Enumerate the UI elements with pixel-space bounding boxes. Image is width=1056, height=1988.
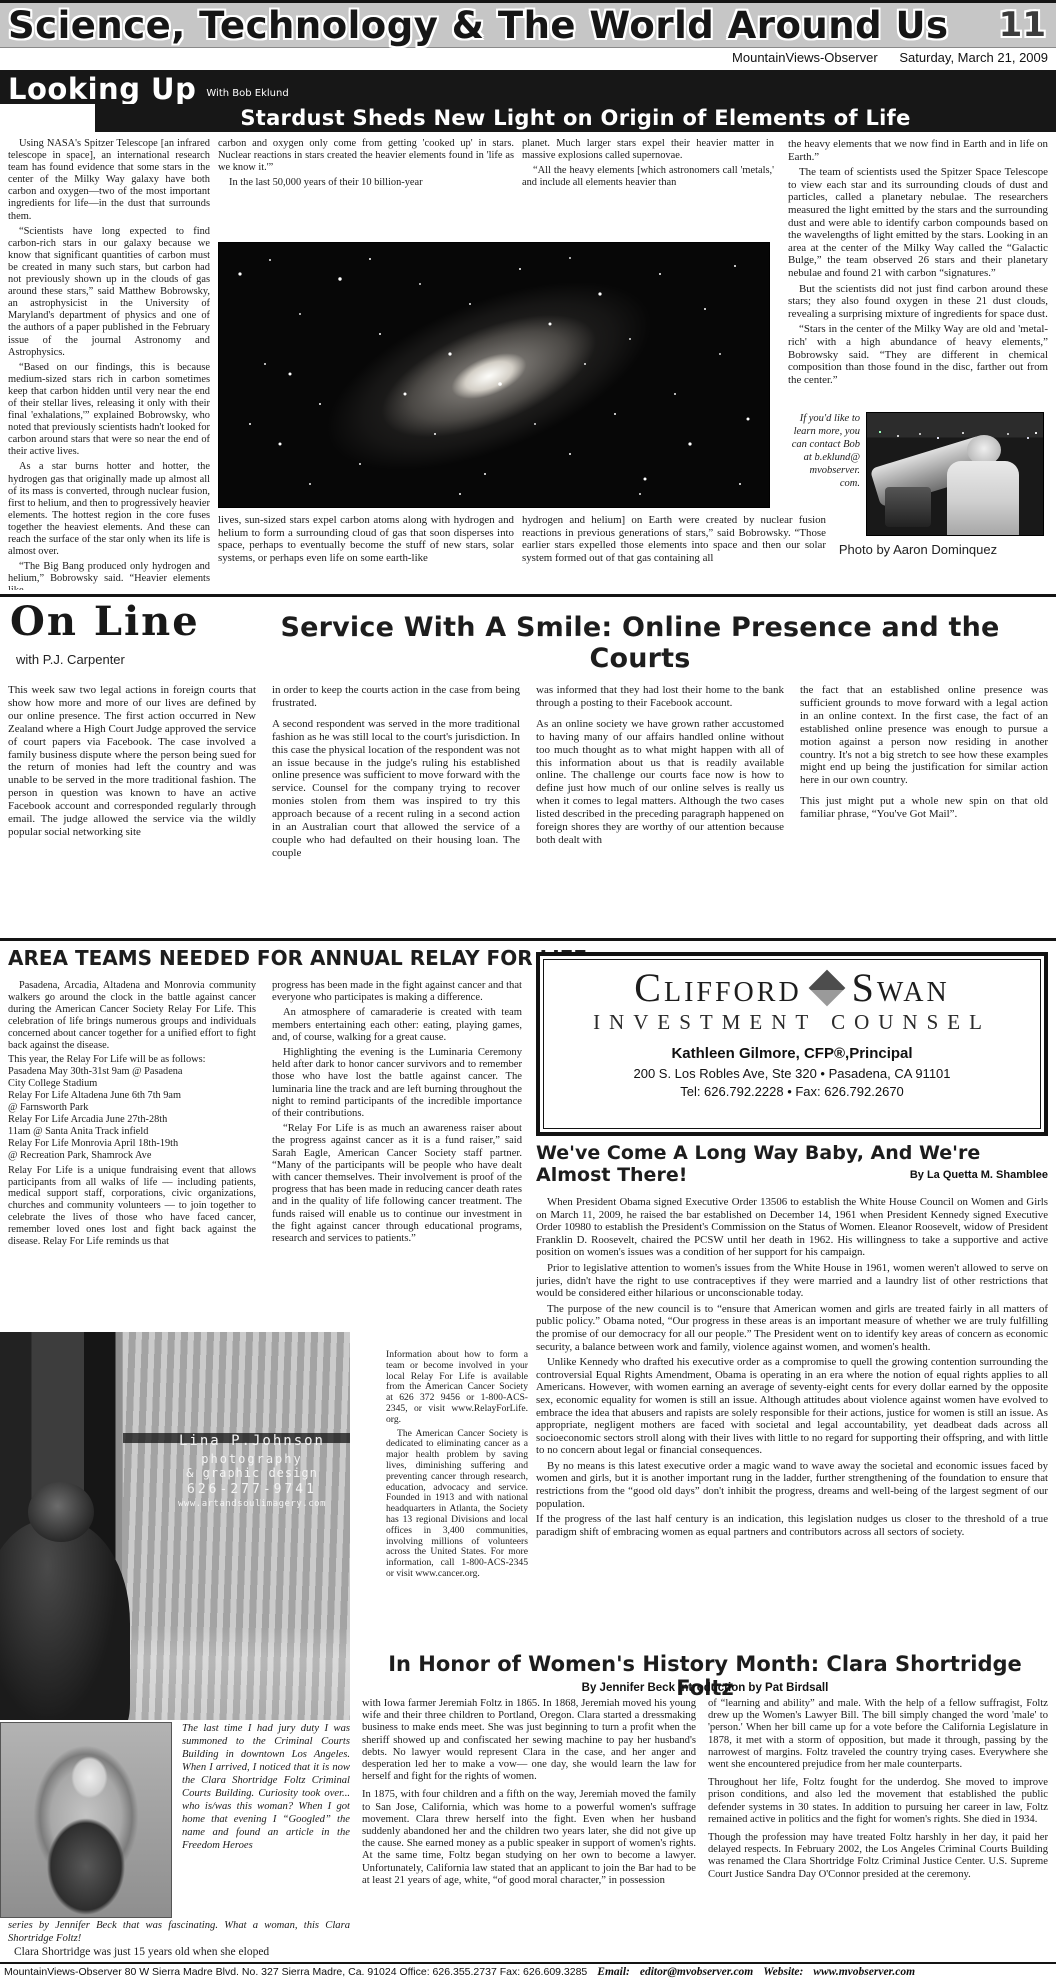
online-column-3: was informed that they had lost their ho… bbox=[536, 684, 784, 932]
relay-schedule: This year, the Relay For Life will be as… bbox=[8, 1054, 256, 1161]
ad-phone-line: Tel: 626.792.2228 • Fax: 626.792.2670 bbox=[544, 1084, 1040, 1099]
paragraph: A second respondent was served in the mo… bbox=[272, 718, 520, 860]
paragraph: When President Obama signed Executive Or… bbox=[536, 1196, 1048, 1259]
online-column-2: in order to keep the courts action in th… bbox=[272, 684, 520, 932]
column-title: Looking Up bbox=[8, 74, 196, 104]
page-title: Science, Technology & The World Around U… bbox=[8, 4, 949, 47]
stardust-headline-banner: Stardust Sheds New Light on Origin of El… bbox=[95, 104, 1056, 132]
footer-website-label: Website: bbox=[763, 1966, 803, 1978]
foltz-intro-italic: The last time I had jury duty I was summ… bbox=[182, 1722, 350, 1918]
stardust-below-image-right: hydrogen and helium] on Earth were creat… bbox=[522, 514, 826, 590]
stardust-column-3: planet. Much larger stars expel their he… bbox=[522, 138, 774, 238]
ad-inner-border: Clifford Swan INVESTMENT COUNSEL Kathlee… bbox=[543, 959, 1041, 1129]
article-headline: Stardust Sheds New Light on Origin of El… bbox=[240, 106, 910, 130]
paragraph: Information about how to form a team or … bbox=[386, 1350, 528, 1426]
paragraph: The team of scientists used the Spitzer … bbox=[788, 166, 1048, 279]
paragraph: This week saw two legal actions in forei… bbox=[8, 684, 256, 839]
looking-up-banner: Looking Up With Bob Eklund bbox=[0, 70, 1056, 104]
paragraph: As a star burns hotter and hotter, the h… bbox=[8, 461, 210, 558]
footer-address: MountainViews-Observer 80 W Sierra Madre… bbox=[4, 1966, 587, 1978]
paragraph: progress has been made in the fight agai… bbox=[272, 980, 522, 1004]
ad-line-photography: photography bbox=[165, 1452, 340, 1466]
section-divider bbox=[0, 938, 1056, 941]
longway-body: When President Obama signed Executive Or… bbox=[536, 1196, 1048, 1648]
foltz-intro-continued: series by Jennifer Beck that was fascina… bbox=[8, 1920, 350, 1945]
footer: MountainViews-Observer 80 W Sierra Madre… bbox=[4, 1966, 1052, 1978]
dateline: MountainViews-Observer Saturday, March 2… bbox=[0, 48, 1048, 70]
section-divider bbox=[0, 594, 1056, 597]
paragraph: This just might put a whole new spin on … bbox=[800, 795, 1048, 821]
paragraph: Using NASA's Spitzer Telescope [an infra… bbox=[8, 138, 210, 223]
foltz-column-3: of “learning and ability” and male. With… bbox=[708, 1698, 1048, 1950]
paragraph: the heavy elements that we now find in E… bbox=[788, 138, 1048, 163]
city-lights-art bbox=[867, 431, 869, 433]
ad-phone: 626-277-9741 bbox=[165, 1482, 340, 1497]
online-column-1: This week saw two legal actions in forei… bbox=[8, 684, 256, 932]
paragraph: If the progress of the last half century… bbox=[536, 1513, 1048, 1538]
online-column-title: On Line bbox=[10, 598, 200, 645]
starfield-art bbox=[219, 243, 221, 245]
stardust-contact-and-photo: If you'd like to learn more, you can con… bbox=[788, 412, 1048, 538]
issue-date: Saturday, March 21, 2009 bbox=[899, 50, 1048, 65]
paragraph: planet. Much larger stars expel their he… bbox=[522, 138, 774, 162]
paragraph: Highlighting the evening is the Luminari… bbox=[272, 1047, 522, 1120]
paragraph: “All the heavy elements [which astronome… bbox=[522, 165, 774, 189]
paragraph: carbon and oxygen only come from getting… bbox=[218, 138, 514, 174]
paragraph: By no means is this latest executive ord… bbox=[536, 1460, 1048, 1510]
foltz-column-2: with Iowa farmer Jeremiah Foltz in 1865.… bbox=[362, 1698, 696, 1950]
ad-address: 200 S. Los Robles Ave, Ste 320 • Pasaden… bbox=[544, 1066, 1040, 1081]
headline-line-1: We've Come A Long Way Baby, And We're bbox=[536, 1142, 1048, 1164]
ad-photographer-name: Lina P.Johnson bbox=[165, 1433, 340, 1449]
paragraph: “Scientists have long expected to find c… bbox=[8, 226, 210, 359]
stardust-column-2: carbon and oxygen only come from getting… bbox=[218, 138, 514, 238]
paragraph: of “learning and ability” and male. With… bbox=[708, 1698, 1048, 1771]
contact-note: If you'd like to learn more, you can con… bbox=[788, 412, 866, 538]
photo-credit: Photo by Aaron Dominquez bbox=[788, 542, 1048, 557]
curtain-art bbox=[123, 1332, 351, 1720]
paragraph: Though the profession may have treated F… bbox=[708, 1832, 1048, 1881]
telescope-mount-art bbox=[885, 487, 931, 527]
headline-line-2-row: Almost There! By La Quetta M. Shamblee bbox=[536, 1164, 1048, 1186]
galaxy-photo bbox=[218, 242, 770, 508]
paragraph: Pasadena, Arcadia, Altadena and Monrovia… bbox=[8, 980, 256, 1051]
footer-divider bbox=[0, 1962, 1056, 1964]
person-body-art bbox=[947, 461, 1019, 535]
ad-contact-name: Kathleen Gilmore, CFP®,Principal bbox=[544, 1045, 1040, 1062]
ad-website: www.artandsoulimagery.com bbox=[165, 1499, 340, 1509]
paragraph: In 1875, with four children and a fifth … bbox=[362, 1789, 696, 1887]
relay-headline: AREA TEAMS NEEDED FOR ANNUAL RELAY FOR L… bbox=[8, 946, 587, 970]
stardust-column-4: the heavy elements that we now find in E… bbox=[788, 138, 1048, 406]
paragraph: The American Cancer Society is dedicated… bbox=[386, 1429, 528, 1580]
paragraph: in order to keep the courts action in th… bbox=[272, 684, 520, 710]
relay-column-1: Pasadena, Arcadia, Altadena and Monrovia… bbox=[8, 980, 256, 1324]
galaxy-disc-art bbox=[253, 242, 725, 508]
newspaper-page: Science, Technology & The World Around U… bbox=[0, 0, 1056, 1988]
paragraph: Relay For Life is a unique fundraising e… bbox=[8, 1165, 256, 1248]
photography-ad-photo: Lina P.Johnson photography & graphic des… bbox=[0, 1332, 350, 1720]
longway-headline: We've Come A Long Way Baby, And We're Al… bbox=[536, 1142, 1048, 1186]
relay-column-2: progress has been made in the fight agai… bbox=[272, 980, 522, 1344]
brand-word-swan: Swan bbox=[852, 968, 950, 1008]
paragraph: But the scientists did not just find car… bbox=[788, 283, 1048, 321]
paragraph: “Based on our findings, this is because … bbox=[8, 362, 210, 459]
ad-line-graphic-design: & graphic design bbox=[165, 1466, 340, 1480]
longway-byline: By La Quetta M. Shamblee bbox=[910, 1164, 1048, 1186]
paragraph: was informed that they had lost their ho… bbox=[536, 684, 784, 710]
headline-line-2: Almost There! bbox=[536, 1164, 687, 1186]
ad-subtitle: INVESTMENT COUNSEL bbox=[544, 1010, 1040, 1035]
masthead: MountainViews-Observer bbox=[732, 50, 878, 65]
paragraph: hydrogen and helium] on Earth were creat… bbox=[522, 514, 826, 564]
footer-email-label: Email: bbox=[597, 1966, 630, 1978]
paragraph: “Relay For Life is as much an awareness … bbox=[272, 1123, 522, 1245]
clifford-swan-logo: Clifford Swan bbox=[544, 968, 1040, 1008]
paragraph: The purpose of the new council is to “en… bbox=[536, 1303, 1048, 1353]
telescope-photo bbox=[866, 412, 1044, 536]
brand-word-clifford: Clifford bbox=[634, 968, 801, 1008]
online-column-byline: with P.J. Carpenter bbox=[16, 652, 125, 667]
stardust-column-1: Using NASA's Spitzer Telescope [an infra… bbox=[8, 138, 210, 590]
paragraph: As an online society we have grown rathe… bbox=[536, 718, 784, 847]
paragraph: Unlike Kennedy who drafted his executive… bbox=[536, 1356, 1048, 1457]
photography-ad-text: Lina P.Johnson photography & graphic des… bbox=[165, 1433, 340, 1509]
girl-silhouette-art bbox=[0, 1520, 130, 1720]
clifford-swan-ad: Clifford Swan INVESTMENT COUNSEL Kathlee… bbox=[536, 952, 1048, 1136]
paragraph: the fact that an established online pres… bbox=[800, 684, 1048, 787]
diamond-logo-icon bbox=[808, 970, 845, 1007]
paragraph: lives, sun-sized stars expel carbon atom… bbox=[218, 514, 514, 564]
paragraph: Throughout her life, Foltz fought for th… bbox=[708, 1777, 1048, 1826]
paragraph: In the last 50,000 years of their 10 bil… bbox=[218, 177, 514, 189]
paragraph: An atmosphere of camaraderie is created … bbox=[272, 1007, 522, 1044]
page-number: 11 bbox=[999, 5, 1046, 45]
column-byline: With Bob Eklund bbox=[206, 88, 288, 99]
page-header: Science, Technology & The World Around U… bbox=[0, 0, 1056, 48]
paragraph: Prior to legislative attention to women'… bbox=[536, 1262, 1048, 1300]
clara-foltz-portrait bbox=[0, 1722, 172, 1918]
paragraph: “Stars in the center of the Milky Way ar… bbox=[788, 323, 1048, 386]
paragraph: with Iowa farmer Jeremiah Foltz in 1865.… bbox=[362, 1698, 696, 1783]
foltz-byline: By Jennifer Beck Introduction by Pat Bir… bbox=[360, 1682, 1050, 1694]
footer-email-value: editor@mvobserver.com bbox=[640, 1966, 753, 1978]
footer-website-value: www.mvobserver.com bbox=[813, 1966, 915, 1978]
girl-head-art bbox=[28, 1482, 94, 1542]
online-column-4: the fact that an established online pres… bbox=[800, 684, 1048, 932]
paragraph: “The Big Bang produced only hydrogen and… bbox=[8, 561, 210, 590]
online-article-headline: Service With A Smile: Online Presence an… bbox=[230, 612, 1050, 674]
stardust-below-image-left: lives, sun-sized stars expel carbon atom… bbox=[218, 514, 514, 590]
